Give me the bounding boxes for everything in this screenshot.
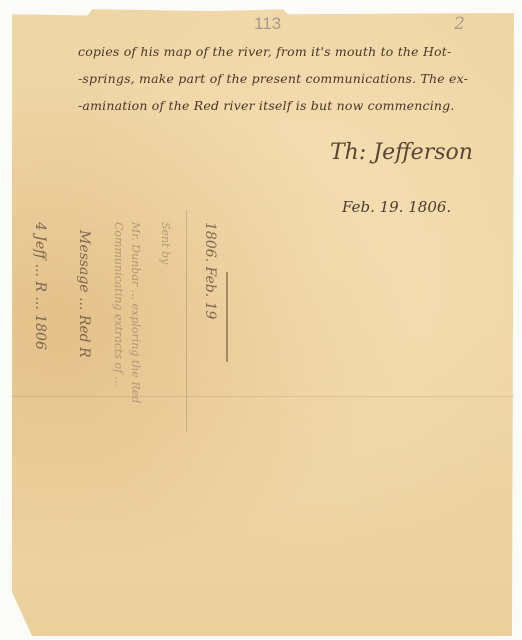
body-line-1: copies of his map of the river, from it'…: [78, 44, 451, 59]
docket-line-1: 1806. Feb. 19: [202, 222, 218, 319]
date: Feb. 19. 1806.: [342, 198, 451, 216]
ink-page-number: 2: [454, 14, 465, 34]
docket-line-3: Communicating extracts of ...: [112, 222, 125, 387]
body-line-3: -amination of the Red river itself is bu…: [78, 98, 455, 113]
fold-line: [12, 396, 514, 397]
docket-line-2: Sent by: [159, 222, 172, 264]
docket-rule: [186, 210, 187, 432]
signature: Th: Jefferson: [330, 140, 473, 165]
docket-line-4: Mr. Dunbar ... exploring the Red: [129, 222, 142, 403]
docket-line-6: 4 Jeff ... R ... 1806: [32, 222, 48, 350]
pencil-page-number: 113: [254, 14, 281, 34]
docket-underline: [226, 272, 228, 362]
docket-line-5: Message ... Red R: [76, 230, 92, 358]
body-line-2: -springs, make part of the present commu…: [78, 71, 468, 86]
